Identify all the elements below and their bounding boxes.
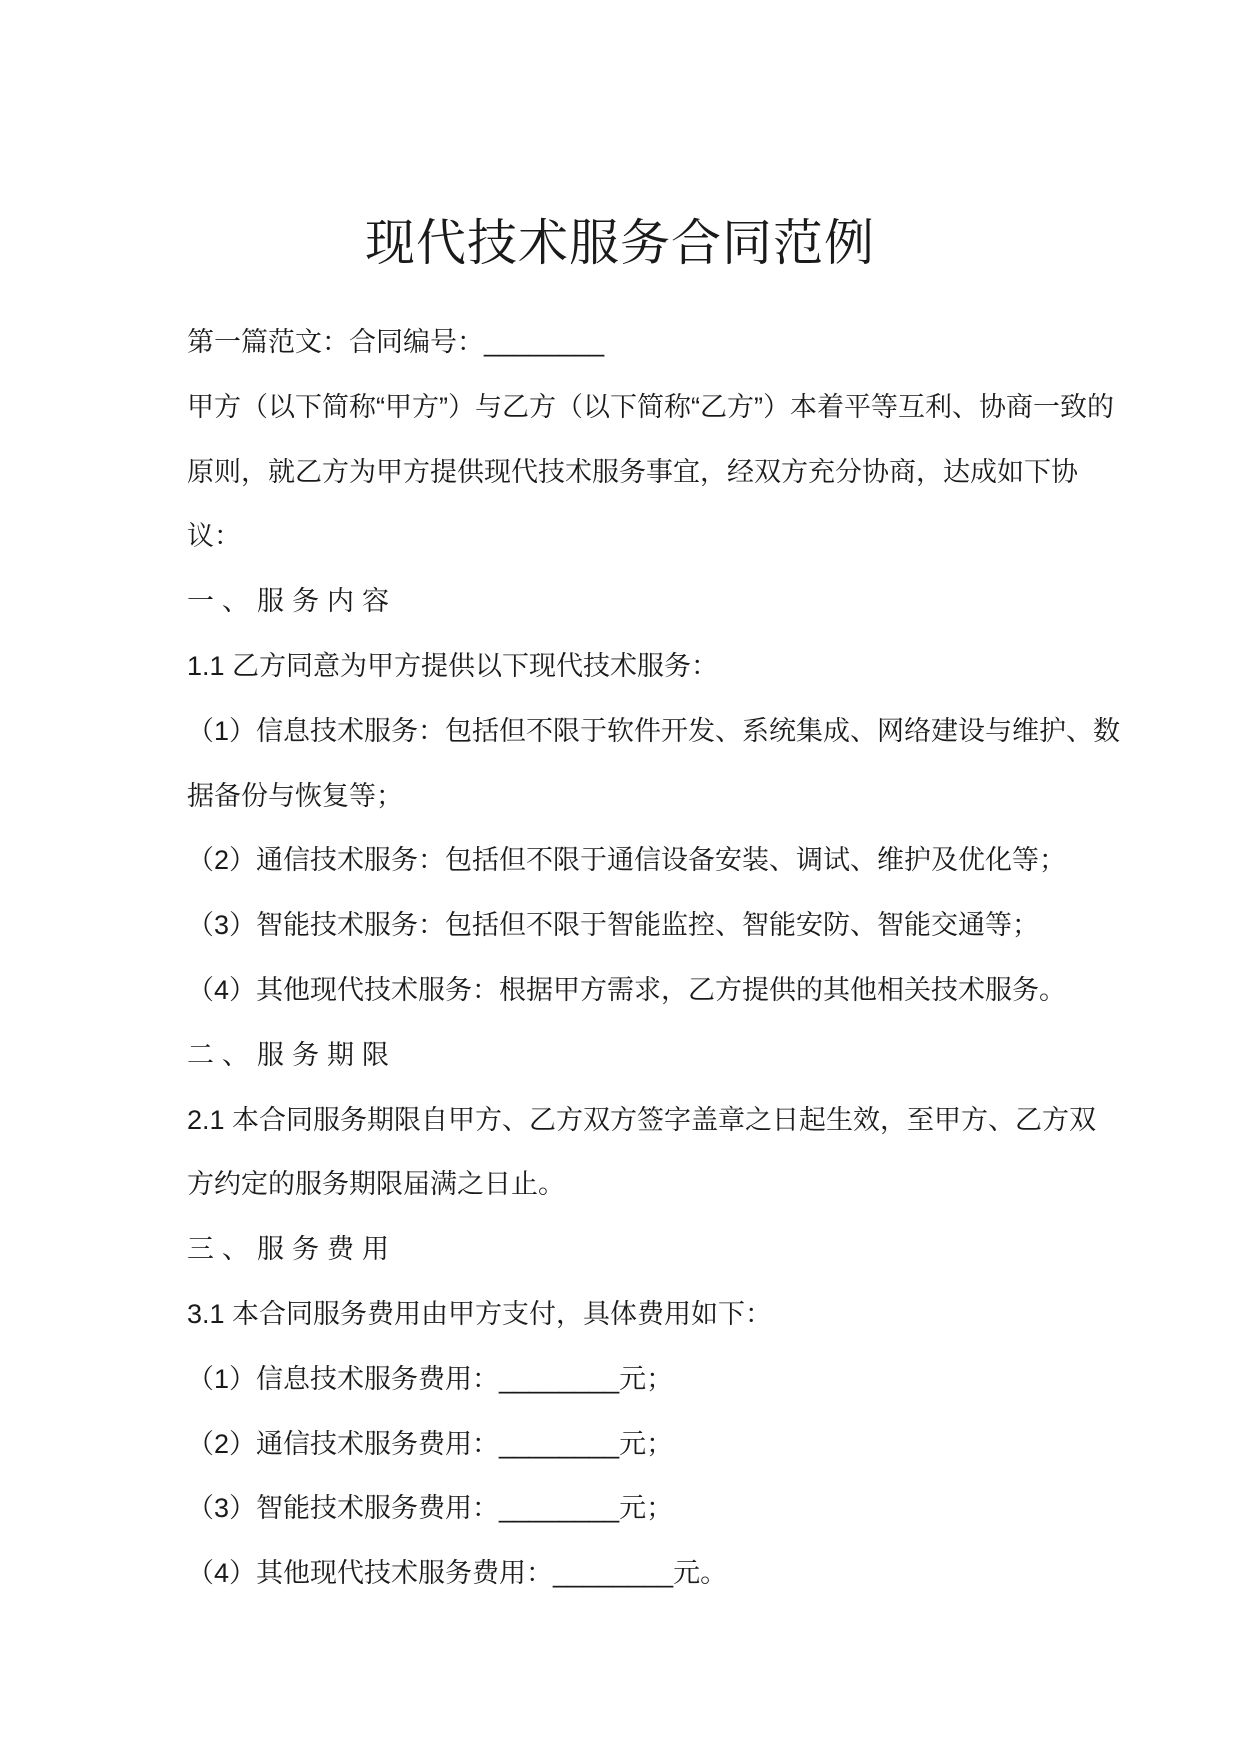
text-line-contract-number: 第一篇范文：合同编号：________	[187, 310, 1107, 375]
text-line-clause-2-1b: 方约定的服务期限届满之日止。	[187, 1152, 1107, 1217]
section-heading-service-fee: 三、服务费用	[187, 1217, 1107, 1282]
text-line-fee-item-3: （3）智能技术服务费用：________元；	[187, 1476, 1107, 1541]
text-line-preamble-2: 原则，就乙方为甲方提供现代技术服务事宜，经双方充分协商，达成如下协	[187, 440, 1107, 505]
contract-document-page: 现代技术服务合同范例 第一篇范文：合同编号：________ 甲方（以下简称“甲…	[0, 0, 1240, 1753]
text-line-item-1b: 据备份与恢复等；	[187, 764, 1107, 829]
text-line-clause-3-1: 3.1 本合同服务费用由甲方支付，具体费用如下：	[187, 1282, 1107, 1347]
text-line-item-1a: （1）信息技术服务：包括但不限于软件开发、系统集成、网络建设与维护、数	[187, 699, 1107, 764]
text-line-item-3: （3）智能技术服务：包括但不限于智能监控、智能安防、智能交通等；	[187, 893, 1107, 958]
text-line-clause-1-1: 1.1 乙方同意为甲方提供以下现代技术服务：	[187, 634, 1107, 699]
text-line-item-2: （2）通信技术服务：包括但不限于通信设备安装、调试、维护及优化等；	[187, 828, 1107, 893]
text-line-clause-2-1a: 2.1 本合同服务期限自甲方、乙方双方签字盖章之日起生效，至甲方、乙方双	[187, 1088, 1107, 1153]
document-body: 第一篇范文：合同编号：________ 甲方（以下简称“甲方”）与乙方（以下简称…	[187, 310, 1107, 1606]
text-line-fee-item-1: （1）信息技术服务费用：________元；	[187, 1347, 1107, 1412]
section-heading-service-content: 一、服务内容	[187, 569, 1107, 634]
section-heading-service-term: 二、服务期限	[187, 1023, 1107, 1088]
text-line-fee-item-2: （2）通信技术服务费用：________元；	[187, 1412, 1107, 1477]
text-line-preamble-1: 甲方（以下简称“甲方”）与乙方（以下简称“乙方”）本着平等互利、协商一致的	[187, 375, 1107, 440]
document-title: 现代技术服务合同范例	[187, 208, 1053, 278]
text-line-preamble-3: 议：	[187, 504, 1107, 569]
text-line-item-4: （4）其他现代技术服务：根据甲方需求，乙方提供的其他相关技术服务。	[187, 958, 1107, 1023]
text-line-fee-item-4: （4）其他现代技术服务费用：________元。	[187, 1541, 1107, 1606]
